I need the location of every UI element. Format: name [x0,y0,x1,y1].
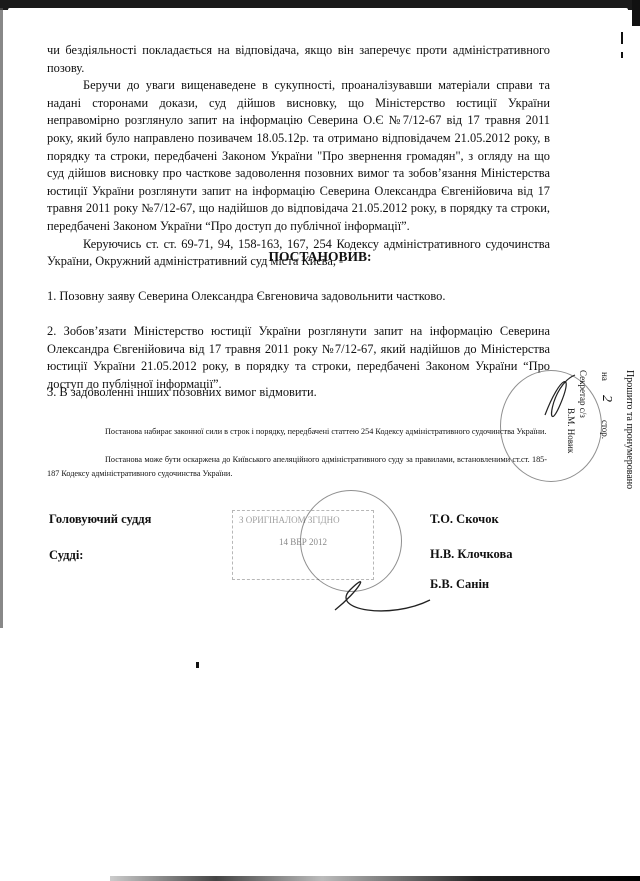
resolution-item: 3. В задоволенні інших позовних вимог ві… [47,384,550,402]
speck-mark [196,662,199,668]
scan-edge-right [632,0,640,26]
judge-name: Н.В. Клочкова [430,547,512,562]
scan-edge-left [0,8,3,628]
secretary-label: Секретар с/з [578,370,588,418]
page-edge [8,8,628,16]
scan-edge-bottom [110,876,640,881]
margin-count-suffix: стор. [600,420,610,439]
paragraph: чи бездіяльності покладається на відпові… [47,42,550,77]
margin-count-prefix: на [600,372,610,381]
margin-page-count: 2 [598,395,614,402]
secretary-name: В.М. Новик [566,408,576,453]
paragraph: Беручи до уваги вищенаведене в сукупност… [47,77,550,235]
note-appeal: Постанова може бути оскаржена до Київськ… [47,453,547,481]
resolution-item: 1. Позовну заяву Северина Олександра Євг… [47,288,550,306]
resolution-title: ПОСТАНОВИВ: [0,249,640,265]
speck-mark [621,52,623,58]
margin-note-stitched: Прошито та пронумеровано [624,370,635,489]
body-text: чи бездіяльності покладається на відпові… [47,42,550,271]
presiding-judge-label: Головуючий суддя [49,512,151,527]
judge-name: Т.О. Скочок [430,512,499,527]
judges-label: Судді: [49,548,83,563]
signature-scribble [330,560,440,630]
resolution-item: 2. Зобов’язати Міністерство юстиції Укра… [47,323,550,393]
note-effect: Постанова набирає законної сили в строк … [47,425,547,439]
speck-mark [621,32,623,44]
